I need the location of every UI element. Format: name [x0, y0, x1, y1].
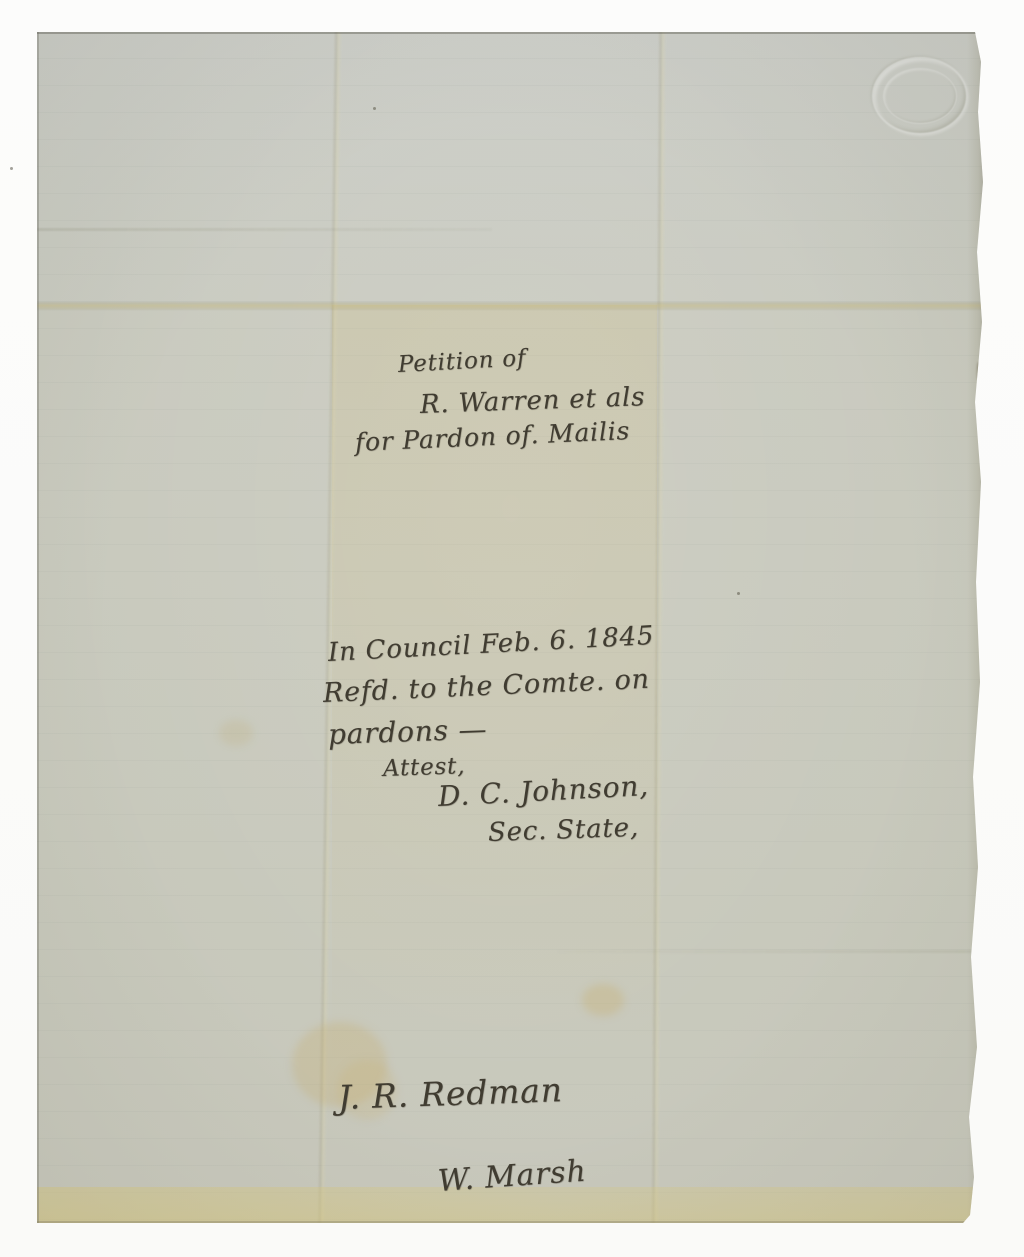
council-committee-line: pardons — — [327, 712, 487, 751]
paper-edge-left — [37, 32, 39, 1223]
document-page: Petition of R. Warren et als for Pardon … — [37, 32, 985, 1223]
scan-dust-speck — [10, 167, 13, 170]
secretary-office-title: Sec. State, — [487, 813, 639, 848]
signature-redman: J. R. Redman — [337, 1070, 563, 1117]
paper-edge-top — [37, 32, 985, 34]
paper-edge-bottom — [37, 1221, 985, 1223]
attest-label: Attest, — [383, 753, 466, 782]
